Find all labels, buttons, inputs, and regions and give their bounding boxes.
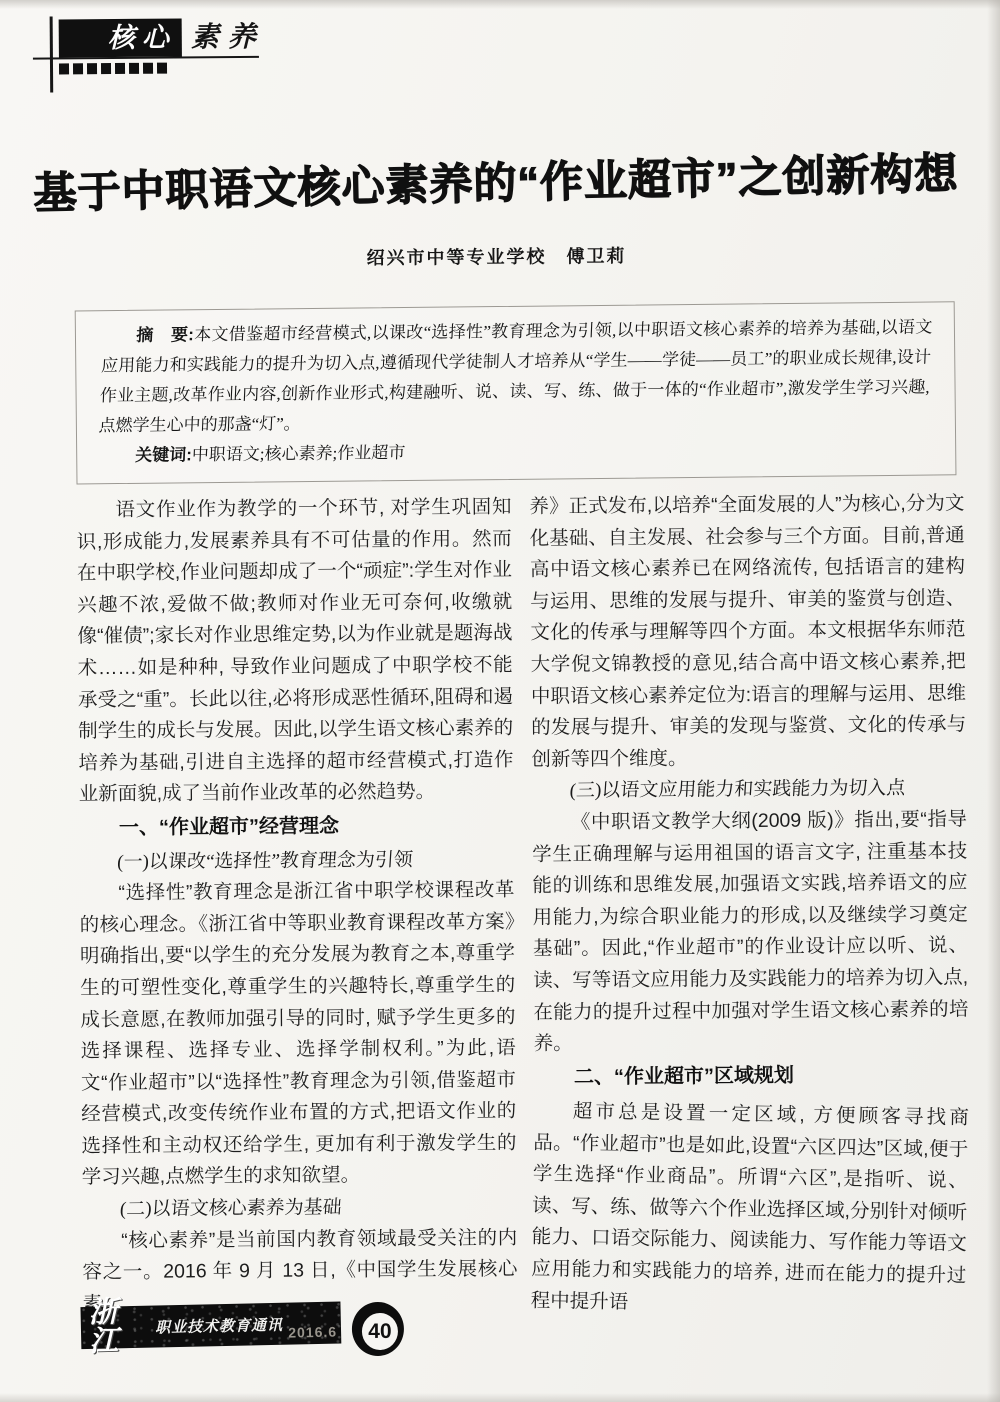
page-number: 40 [362, 1313, 398, 1350]
article-body: 语文作业作为教学的一个环节, 对学生巩固知识,形成能力,发展素养具有不可估量的作… [76, 488, 970, 1320]
keywords-label: 关键词: [135, 445, 192, 465]
column-header-primary-label: 核心 [108, 24, 176, 52]
column-header-secondary-label: 素养 [191, 23, 265, 52]
journal-name: 职业技术教育通讯 [155, 1313, 283, 1337]
paragraph-2-1: 超市总是设置一定区域, 方便顾客寻找商品。“作业超市”也是如此,设置“六区四达”… [530, 1096, 969, 1324]
abstract-label: 摘 要: [136, 325, 194, 345]
scan-edge-right [987, 0, 1000, 1402]
journal-region: 浙江 [88, 1298, 148, 1357]
journal-issue: 2016.6 [288, 1324, 337, 1345]
scan-edge-bottom [0, 1393, 1000, 1402]
journal-banner: 浙江 职业技术教育通讯 2016.6 [80, 1301, 341, 1349]
subsection-heading-1-3: (三)以语文应用能力和实践能力为切入点 [531, 773, 968, 808]
author-affiliation: 绍兴市中等专业学校 [366, 247, 546, 268]
page-content: 核心 素养 基于中职语文核心素养的“作业超市”之创新构想 绍兴市中等专业学校傅卫… [0, 0, 1000, 1402]
scan-edge-top [0, 0, 1000, 9]
square-mark [59, 63, 69, 74]
subsection-heading-1-2: (二)以语文核心素养为基础 [81, 1191, 518, 1226]
byline: 绍兴市中等专业学校傅卫莉 [0, 239, 997, 273]
square-mark [115, 63, 125, 74]
square-mark [129, 63, 139, 74]
square-mark [87, 63, 97, 74]
scanned-journal-page: 核心 素养 基于中职语文核心素养的“作业超市”之创新构想 绍兴市中等专业学校傅卫… [0, 0, 1000, 1402]
subsection-heading-1-1: (一)以课改“选择性”教育理念为引领 [78, 843, 515, 878]
paragraph-1-3: 《中职语文教学大纲(2009 版)》指出,要“指导学生正确理解与运用祖国的语言文… [532, 804, 969, 1060]
paragraph-intro: 语文作业作为教学的一个环节, 对学生巩固知识,形成能力,发展素养具有不可估量的作… [76, 492, 513, 811]
abstract-text: 本文借鉴超市经营模式,以课改“选择性”教育理念为引领,以中职语文核心素养的培养为… [98, 317, 933, 435]
square-mark [143, 63, 153, 74]
right-column: 养》正式发布,以培养“全面发展的人”为核心,分为文化基础、自主发展、社会参与三个… [529, 488, 970, 1317]
square-mark [101, 63, 111, 74]
paragraph-1-1: “选择性”教育理念是浙江省中职学校课程改革的核心理念。《浙江省中等职业教育课程改… [79, 875, 516, 1194]
keywords-text: 中职语文;核心素养;作业超市 [192, 443, 406, 464]
article-title: 基于中职语文核心素养的“作业超市”之创新构想 [25, 140, 966, 221]
left-column: 语文作业作为教学的一个环节, 对学生巩固知识,形成能力,发展素养具有不可估量的作… [76, 492, 517, 1321]
square-mark [73, 63, 83, 74]
square-mark [157, 63, 167, 74]
abstract-paragraph: 摘 要:本文借鉴超市经营模式,以课改“选择性”教育理念为引领,以中职语文核心素养… [98, 312, 933, 441]
abstract-box: 摘 要:本文借鉴超市经营模式,以课改“选择性”教育理念为引领,以中职语文核心素养… [75, 301, 957, 484]
column-header-box: 核心 [59, 18, 182, 57]
section-heading-1: 一、“作业超市”经营理念 [79, 810, 514, 845]
masthead-squares-divider [59, 63, 167, 75]
section-heading-2: 二、“作业超市”区域规划 [534, 1059, 969, 1094]
author-name: 傅卫莉 [566, 246, 626, 266]
registration-mark-vertical [50, 16, 54, 92]
paragraph-1-2-continued: 养》正式发布,以培养“全面发展的人”为核心,分为文化基础、自主发展、社会参与三个… [529, 488, 966, 776]
page-number-badge: 40 [352, 1302, 404, 1356]
